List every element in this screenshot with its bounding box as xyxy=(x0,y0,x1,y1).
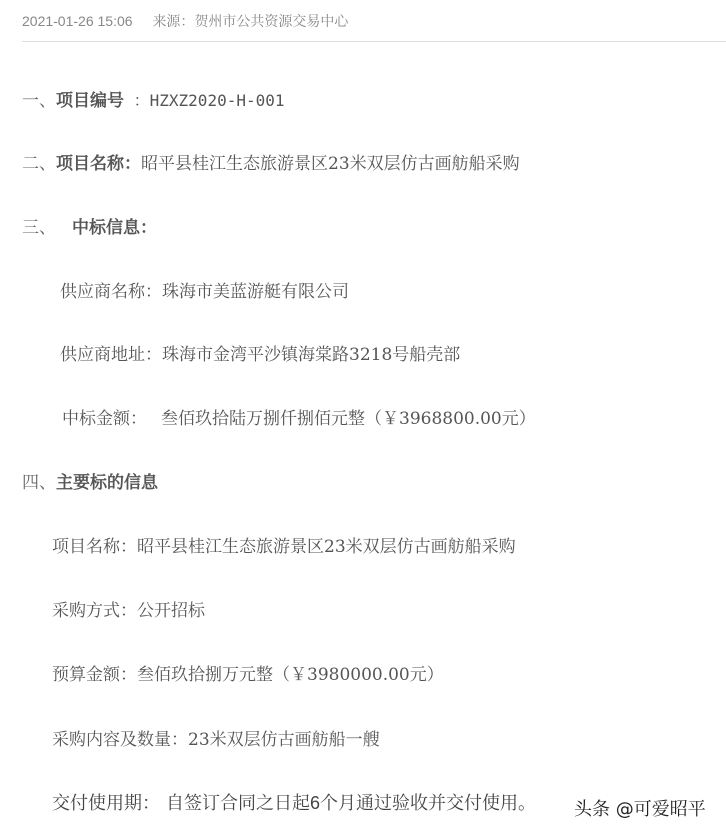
publish-date: 2021-01-26 15:06 xyxy=(22,13,133,29)
section-subject-info: 四、主要标的信息 xyxy=(22,472,158,494)
subject-project-name-value: 昭平县桂江生态旅游景区23米双层仿古画舫船采购 xyxy=(137,537,516,557)
field-label: 预算金额： xyxy=(52,665,137,685)
header-divider xyxy=(22,41,726,42)
field-label: 供应商地址： xyxy=(60,345,162,365)
section-title: 项目编号 xyxy=(56,91,124,111)
project-name-value: 昭平县桂江生态旅游景区23米双层仿古画舫船采购 xyxy=(141,154,520,174)
award-amount-value: 叁佰玖拾陆万捌仟捌佰元整（￥3968800.00元） xyxy=(161,409,536,429)
section-title: 主要标的信息 xyxy=(56,473,158,493)
section-award-info: 三、中标信息： xyxy=(22,217,157,239)
supplier-address-row: 供应商地址：珠海市金湾平沙镇海棠路3218号船壳部 xyxy=(60,344,460,366)
budget-amount-value: 叁佰玖拾捌万元整（￥3980000.00元） xyxy=(137,665,444,685)
delivery-period-row: 交付使用期：自签订合同之日起6个月通过验收并交付使用。 xyxy=(52,792,536,814)
section-project-no: 一、项目编号 ：HZXZ2020-H-001 xyxy=(22,90,285,112)
procurement-content-value: 23米双层仿古画舫船一艘 xyxy=(188,730,380,750)
field-label: 交付使用期： xyxy=(52,793,160,813)
toutiao-watermark: 头条 @可爱昭平 xyxy=(574,795,706,821)
supplier-address-value: 珠海市金湾平沙镇海棠路3218号船壳部 xyxy=(162,345,460,365)
supplier-name-value: 珠海市美蓝游艇有限公司 xyxy=(162,282,349,302)
procurement-content-row: 采购内容及数量：23米双层仿古画舫船一艘 xyxy=(52,729,380,751)
award-amount-row: 中标金额：叁佰玖拾陆万捌仟捌佰元整（￥3968800.00元） xyxy=(62,408,536,430)
procurement-method-row: 采购方式：公开招标 xyxy=(52,600,205,622)
section-number: 二、 xyxy=(22,154,56,174)
field-label: 采购方式： xyxy=(52,601,137,621)
section-title: 项目名称： xyxy=(56,154,141,174)
section-number: 四、 xyxy=(22,473,56,493)
field-label: 中标金额： xyxy=(62,409,147,429)
delivery-period-value: 自签订合同之日起6个月通过验收并交付使用。 xyxy=(166,793,536,813)
field-label: 供应商名称： xyxy=(60,282,162,302)
section-number: 三、 xyxy=(22,218,56,238)
section-separator: ： xyxy=(124,91,150,110)
budget-amount-row: 预算金额：叁佰玖拾捌万元整（￥3980000.00元） xyxy=(52,664,444,686)
procurement-method-value: 公开招标 xyxy=(137,601,205,621)
section-number: 一、 xyxy=(22,91,56,111)
project-number-value: HZXZ2020-H-001 xyxy=(150,91,285,110)
field-label: 项目名称： xyxy=(52,537,137,557)
supplier-name-row: 供应商名称：珠海市美蓝游艇有限公司 xyxy=(60,281,349,303)
section-project-name: 二、项目名称：昭平县桂江生态旅游景区23米双层仿古画舫船采购 xyxy=(22,153,520,175)
source-label: 来源： xyxy=(152,13,194,29)
article-meta: 2021-01-26 15:06 来源：贺州市公共资源交易中心 xyxy=(22,11,348,31)
field-label: 采购内容及数量： xyxy=(52,730,188,750)
subject-project-name-row: 项目名称：昭平县桂江生态旅游景区23米双层仿古画舫船采购 xyxy=(52,536,516,558)
section-title: 中标信息： xyxy=(72,218,157,238)
source-name: 贺州市公共资源交易中心 xyxy=(194,13,348,29)
